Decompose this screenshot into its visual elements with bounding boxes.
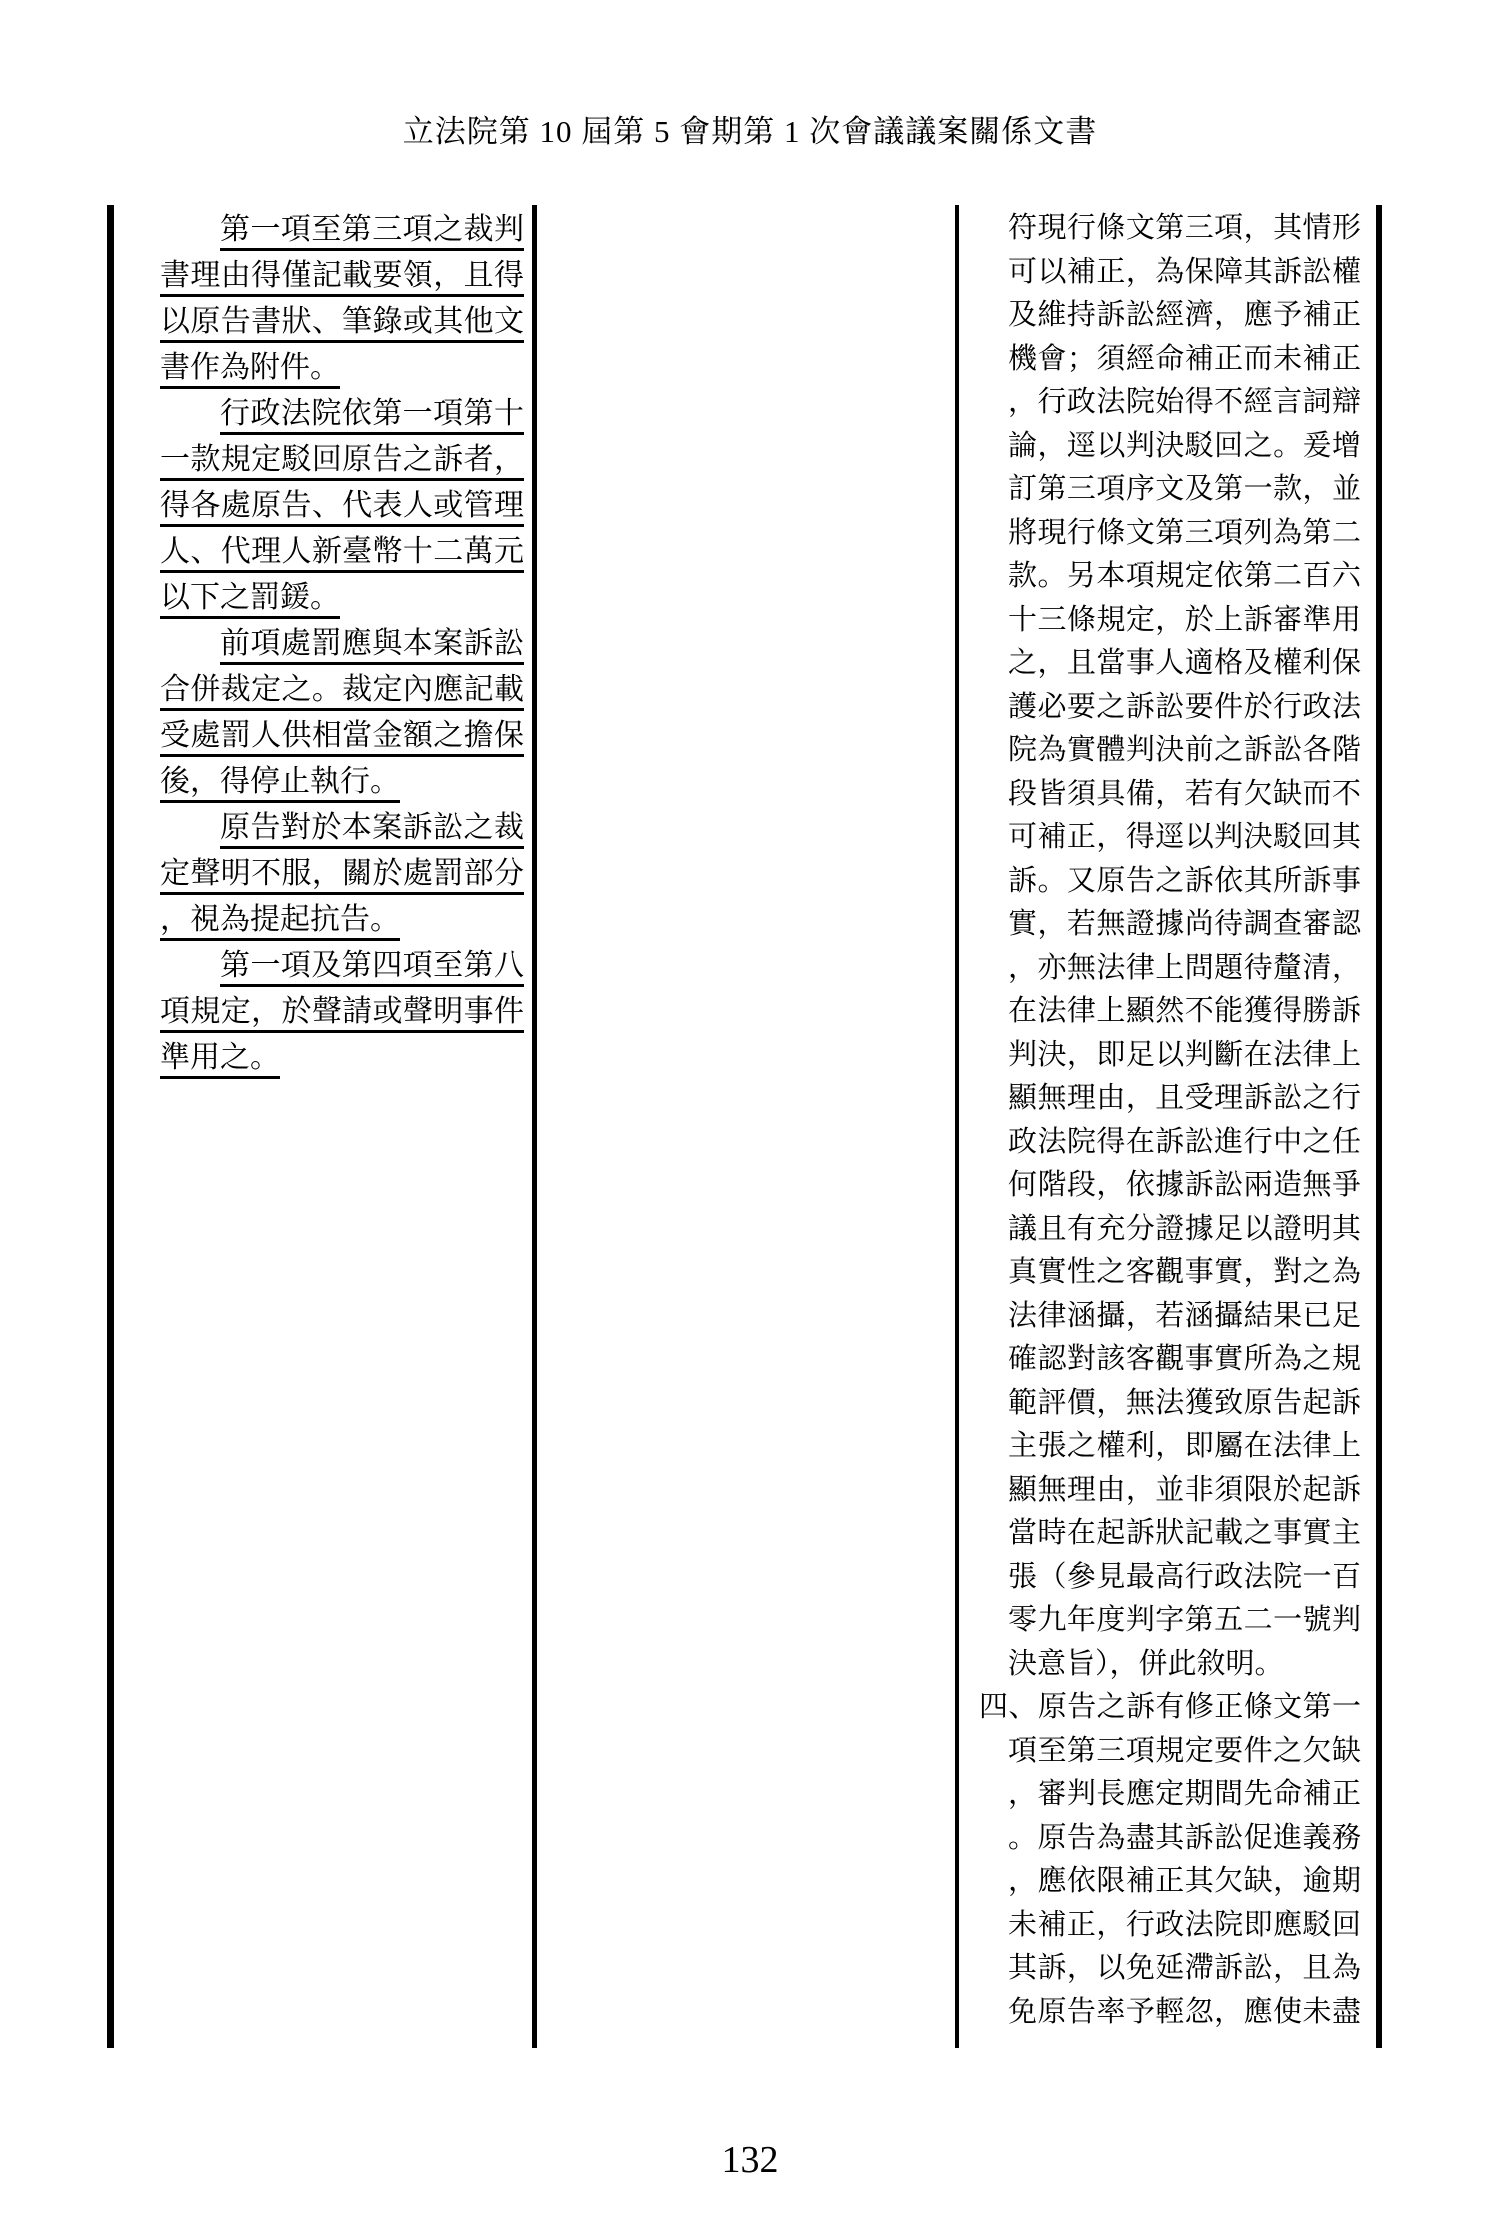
text-line: 法律涵攝，若涵攝結果已足 [1008,1295,1361,1339]
text-line: 第一項至第三項之裁判 [160,207,524,253]
text-line: 實，若無證據尚待調查審認 [1008,903,1361,947]
page-number: 132 [0,2138,1500,2182]
text-line: 行政法院依第一項第十 [160,391,524,437]
text-line: 準用之。 [160,1035,524,1081]
text-line: 十三條規定，於上訴審準用 [1008,599,1361,643]
text-line: 張（參見最高行政法院一百 [1008,1556,1361,1600]
text-line: 受處罰人供相當金額之擔保 [160,713,524,759]
text-line: 其訴，以免延滯訴訟，且為 [1008,1947,1361,1991]
text-line: 院為實體判決前之訴訟各階 [1008,729,1361,773]
text-line: 顯無理由，並非須限於起訴 [1008,1469,1361,1513]
text-line: 何階段，依據訴訟兩造無爭 [1008,1164,1361,1208]
text-line: 一款規定駁回原告之訴者， [160,437,524,483]
text-line: 項至第三項規定要件之欠缺 [1008,1730,1361,1774]
text-line: ，亦無法律上問題待釐清， [1008,947,1361,991]
table-border-left [107,205,114,2048]
page-title: 立法院第 10 屆第 5 會期第 1 次會議議案關係文書 [0,106,1500,151]
text-line: 政法院得在訴訟進行中之任 [1008,1121,1361,1165]
text-line: 免原告率予輕忽，應使未盡 [1008,1991,1361,2035]
text-line: 項規定，於聲請或聲明事件 [160,989,524,1035]
text-line: 後，得停止執行。 [160,759,524,805]
text-line: ，應依限補正其欠缺，逾期 [1008,1860,1361,1904]
text-line: 真實性之客觀事實，對之為 [1008,1251,1361,1295]
text-line: ，審判長應定期間先命補正 [1008,1773,1361,1817]
text-line: 判決，即足以判斷在法律上 [1008,1034,1361,1078]
text-line: 書理由得僅記載要領，且得 [160,253,524,299]
text-line: 未補正，行政法院即應駁回 [1008,1904,1361,1948]
text-line: 第一項及第四項至第八 [160,943,524,989]
text-line: 訂第三項序文及第一款，並 [1008,468,1361,512]
table-border-right [1376,205,1382,2048]
text-line: ，行政法院始得不經言詞辯 [1008,381,1361,425]
text-line: 機會；須經命補正而未補正 [1008,338,1361,382]
text-line: 書作為附件。 [160,345,524,391]
text-line: 段皆須具備，若有欠缺而不 [1008,773,1361,817]
text-line: 定聲明不服，關於處罰部分 [160,851,524,897]
text-line: 得各處原告、代表人或管理 [160,483,524,529]
amendment-column: 第一項至第三項之裁判書理由得僅記載要領，且得以原告書狀、筆錄或其他文書作為附件。… [160,207,524,1081]
text-line: 原告對於本案訴訟之裁 [160,805,524,851]
text-line: 以原告書狀、筆錄或其他文 [160,299,524,345]
text-line: 訴。又原告之訴依其所訴事 [1008,860,1361,904]
column-divider-first [532,205,537,2048]
text-line: 當時在起訴狀記載之事實主 [1008,1512,1361,1556]
text-line: 以下之罰鍰。 [160,575,524,621]
text-line: 之，且當事人適格及權利保 [1008,642,1361,686]
text-line: 議且有充分證據足以證明其 [1008,1208,1361,1252]
text-line: 四、原告之訴有修正條文第一 [979,1686,1361,1730]
text-line: 可補正，得逕以判決駁回其 [1008,816,1361,860]
text-line: ，視為提起抗告。 [160,897,524,943]
text-line: 可以補正，為保障其訴訟權 [1008,251,1361,295]
text-line: 護必要之訴訟要件於行政法 [1008,686,1361,730]
document-page: 立法院第 10 屆第 5 會期第 1 次會議議案關係文書 第一項至第三項之裁判書… [0,0,1500,2228]
text-line: 及維持訴訟經濟，應予補正 [1008,294,1361,338]
text-line: 論，逕以判決駁回之。爰增 [1008,425,1361,469]
text-line: 。原告為盡其訴訟促進義務 [1008,1817,1361,1861]
text-line: 前項處罰應與本案訴訟 [160,621,524,667]
column-divider-second [955,205,959,2048]
explanation-column: 符現行條文第三項，其情形可以補正，為保障其訴訟權及維持訴訟經濟，應予補正機會；須… [1008,207,1361,2034]
text-line: 人、代理人新臺幣十二萬元 [160,529,524,575]
text-line: 符現行條文第三項，其情形 [1008,207,1361,251]
text-line: 範評價，無法獲致原告起訴 [1008,1382,1361,1426]
text-line: 零九年度判字第五二一號判 [1008,1599,1361,1643]
text-line: 顯無理由，且受理訴訟之行 [1008,1077,1361,1121]
text-line: 將現行條文第三項列為第二 [1008,512,1361,556]
text-line: 主張之權利，即屬在法律上 [1008,1425,1361,1469]
text-line: 確認對該客觀事實所為之規 [1008,1338,1361,1382]
text-line: 在法律上顯然不能獲得勝訴 [1008,990,1361,1034]
text-line: 款。另本項規定依第二百六 [1008,555,1361,599]
text-line: 合併裁定之。裁定內應記載 [160,667,524,713]
text-line: 決意旨），併此敘明。 [1008,1643,1361,1687]
